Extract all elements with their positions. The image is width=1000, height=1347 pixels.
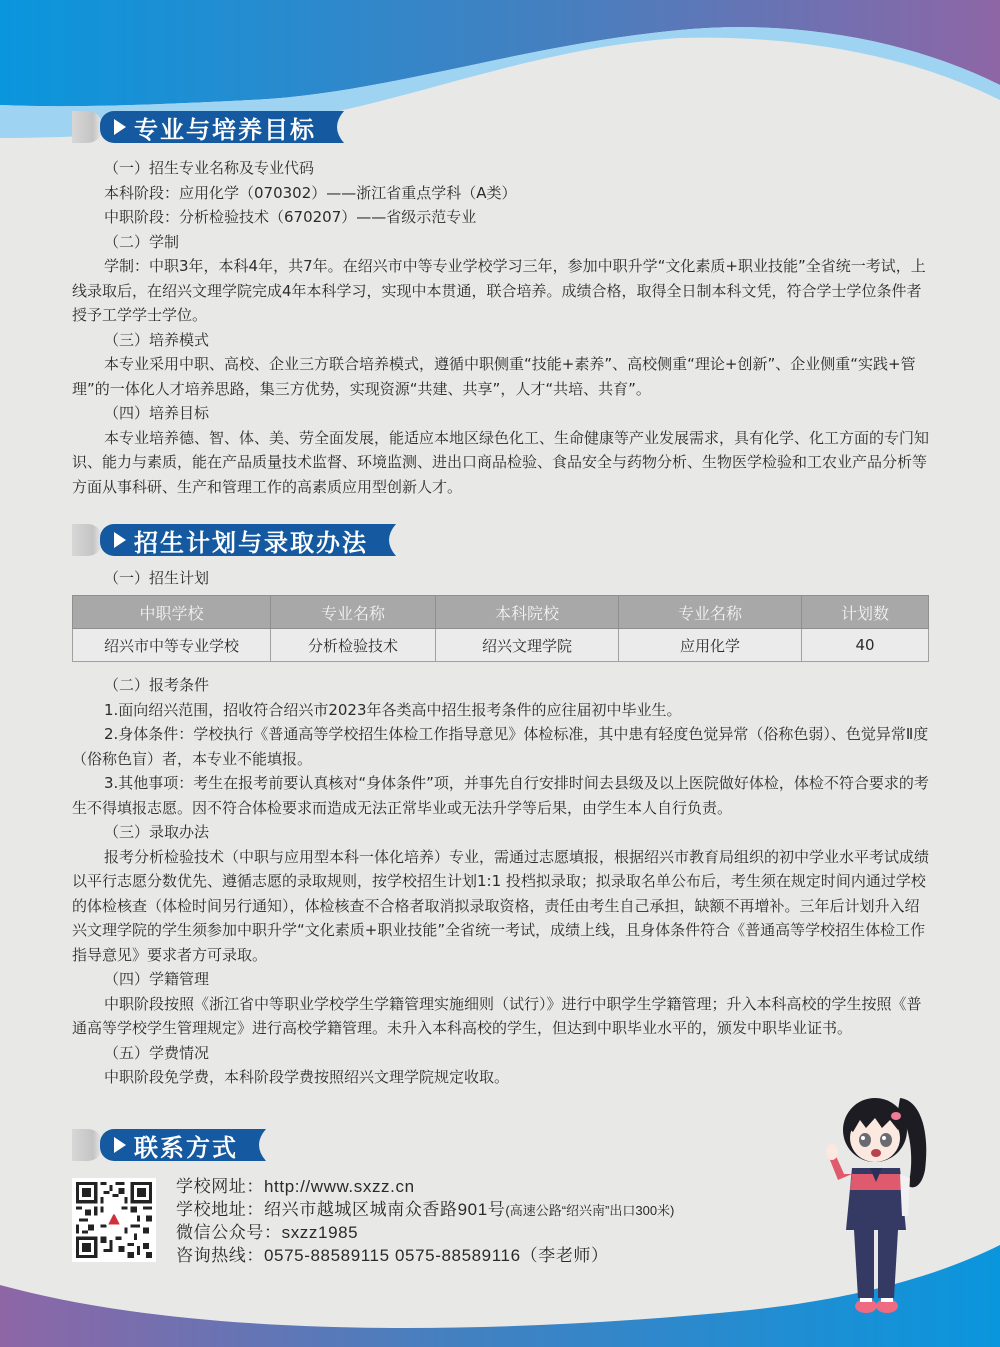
qr-code-icon <box>72 1178 156 1262</box>
subheading-schooling-system: （二）学制 <box>72 230 932 255</box>
condition-item-2: 2.身体条件：学校执行《普通高等学校招生体检工作指导意见》体检标准，其中患有轻度… <box>72 722 932 771</box>
address-value: 绍兴市越城区城南众香路901号 <box>264 1200 505 1219</box>
section-header-contact: 联系方式 <box>72 1128 256 1162</box>
section-title: 联系方式 <box>134 1128 238 1163</box>
section-title: 专业与培养目标 <box>134 110 316 145</box>
website-link[interactable]: http://www.sxzz.cn <box>264 1177 415 1196</box>
cell-university-major: 应用化学 <box>619 629 802 662</box>
section-title: 招生计划与录取办法 <box>134 523 368 558</box>
wechat-value: sxzz1985 <box>282 1223 359 1242</box>
col-header: 专业名称 <box>271 596 436 629</box>
hotline-line: 咨询热线：0575-88589115 0575-88589116（李老师） <box>176 1245 674 1268</box>
section-ribbon: 招生计划与录取办法 <box>100 524 386 556</box>
subheading-enrollment-plan: （一）招生计划 <box>72 566 932 591</box>
website-line: 学校网址：http://www.sxzz.cn <box>176 1176 674 1199</box>
subheading-student-status: （四）学籍管理 <box>72 967 932 992</box>
vocational-major-line: 中职阶段：分析检验技术（670207）——省级示范专业 <box>72 205 932 230</box>
subheading-training-mode: （三）培养模式 <box>72 328 932 353</box>
student-mascot-illustration <box>820 1090 950 1325</box>
subheading-tuition: （五）学费情况 <box>72 1041 932 1066</box>
brochure-page: 专业与培养目标 （一）招生专业名称及专业代码 本科阶段：应用化学（070302）… <box>0 0 1000 1347</box>
training-mode-text: 本专业采用中职、高校、企业三方联合培养模式，遵循中职侧重“技能+素养”、高校侧重… <box>72 352 932 401</box>
undergrad-major-line: 本科阶段：应用化学（070302）——浙江省重点学科（A类） <box>72 181 932 206</box>
play-triangle-icon <box>114 1137 126 1153</box>
subheading-enrollment-plan-wrap: （一）招生计划 <box>72 566 932 591</box>
subheading-admission-method: （三）录取办法 <box>72 820 932 845</box>
student-status-text: 中职阶段按照《浙江省中等职业学校学生学籍管理实施细则（试行）》进行中职学生学籍管… <box>72 992 932 1041</box>
subheading-major-code: （一）招生专业名称及专业代码 <box>72 156 932 181</box>
address-note: (高速公路“绍兴南”出口300米) <box>505 1203 674 1218</box>
col-header: 计划数 <box>802 596 929 629</box>
enrollment-plan-table: 中职学校 专业名称 本科院校 专业名称 计划数 绍兴市中等专业学校 分析检验技术… <box>72 595 929 662</box>
section-header-enrollment-plan: 招生计划与录取办法 <box>72 523 386 557</box>
header-tab-decoration <box>72 524 102 556</box>
contact-info: 学校网址：http://www.sxzz.cn 学校地址：绍兴市越城区城南众香路… <box>176 1176 674 1267</box>
col-header: 本科院校 <box>436 596 619 629</box>
address-line: 学校地址：绍兴市越城区城南众香路901号(高速公路“绍兴南”出口300米) <box>176 1199 674 1223</box>
hotline-label: 咨询热线： <box>176 1246 264 1265</box>
condition-item-3: 3.其他事项：考生在报考前要认真核对“身体条件”项，并事先自行安排时间去县级及以… <box>72 771 932 820</box>
wechat-label: 微信公众号： <box>176 1223 282 1242</box>
cell-plan-count: 40 <box>802 629 929 662</box>
tuition-text: 中职阶段免学费，本科阶段学费按照绍兴文理学院规定收取。 <box>72 1065 932 1090</box>
condition-item-1: 1.面向绍兴范围，招收符合绍兴市2023年各类高中招生报考条件的应往届初中毕业生… <box>72 698 932 723</box>
section-header-major-goals: 专业与培养目标 <box>72 110 334 144</box>
section-major-goals-body: （一）招生专业名称及专业代码 本科阶段：应用化学（070302）——浙江省重点学… <box>72 156 932 499</box>
cell-vocational-school: 绍兴市中等专业学校 <box>73 629 271 662</box>
cell-university: 绍兴文理学院 <box>436 629 619 662</box>
training-goal-text: 本专业培养德、智、体、美、劳全面发展，能适应本地区绿色化工、生命健康等产业发展需… <box>72 426 932 500</box>
col-header: 中职学校 <box>73 596 271 629</box>
website-label: 学校网址： <box>176 1177 264 1196</box>
play-triangle-icon <box>114 119 126 135</box>
table-row: 绍兴市中等专业学校 分析检验技术 绍兴文理学院 应用化学 40 <box>73 629 929 662</box>
table-header-row: 中职学校 专业名称 本科院校 专业名称 计划数 <box>73 596 929 629</box>
header-tab-decoration <box>72 1129 102 1161</box>
cell-vocational-major: 分析检验技术 <box>271 629 436 662</box>
subheading-application-conditions: （二）报考条件 <box>72 673 932 698</box>
col-header: 专业名称 <box>619 596 802 629</box>
section-ribbon: 专业与培养目标 <box>100 111 334 143</box>
subheading-training-goal: （四）培养目标 <box>72 401 932 426</box>
schooling-system-text: 学制：中职3年，本科4年，共7年。在绍兴市中等专业学校学习三年，参加中职升学“文… <box>72 254 932 328</box>
admission-method-text: 报考分析检验技术（中职与应用型本科一体化培养）专业，需通过志愿填报，根据绍兴市教… <box>72 845 932 968</box>
play-triangle-icon <box>114 532 126 548</box>
hotline-value: 0575-88589115 0575-88589116（李老师） <box>264 1246 609 1265</box>
header-tab-decoration <box>72 111 102 143</box>
address-label: 学校地址： <box>176 1200 264 1219</box>
section-ribbon: 联系方式 <box>100 1129 256 1161</box>
section-enrollment-body: （二）报考条件 1.面向绍兴范围，招收符合绍兴市2023年各类高中招生报考条件的… <box>72 673 932 1090</box>
wechat-line: 微信公众号：sxzz1985 <box>176 1222 674 1245</box>
